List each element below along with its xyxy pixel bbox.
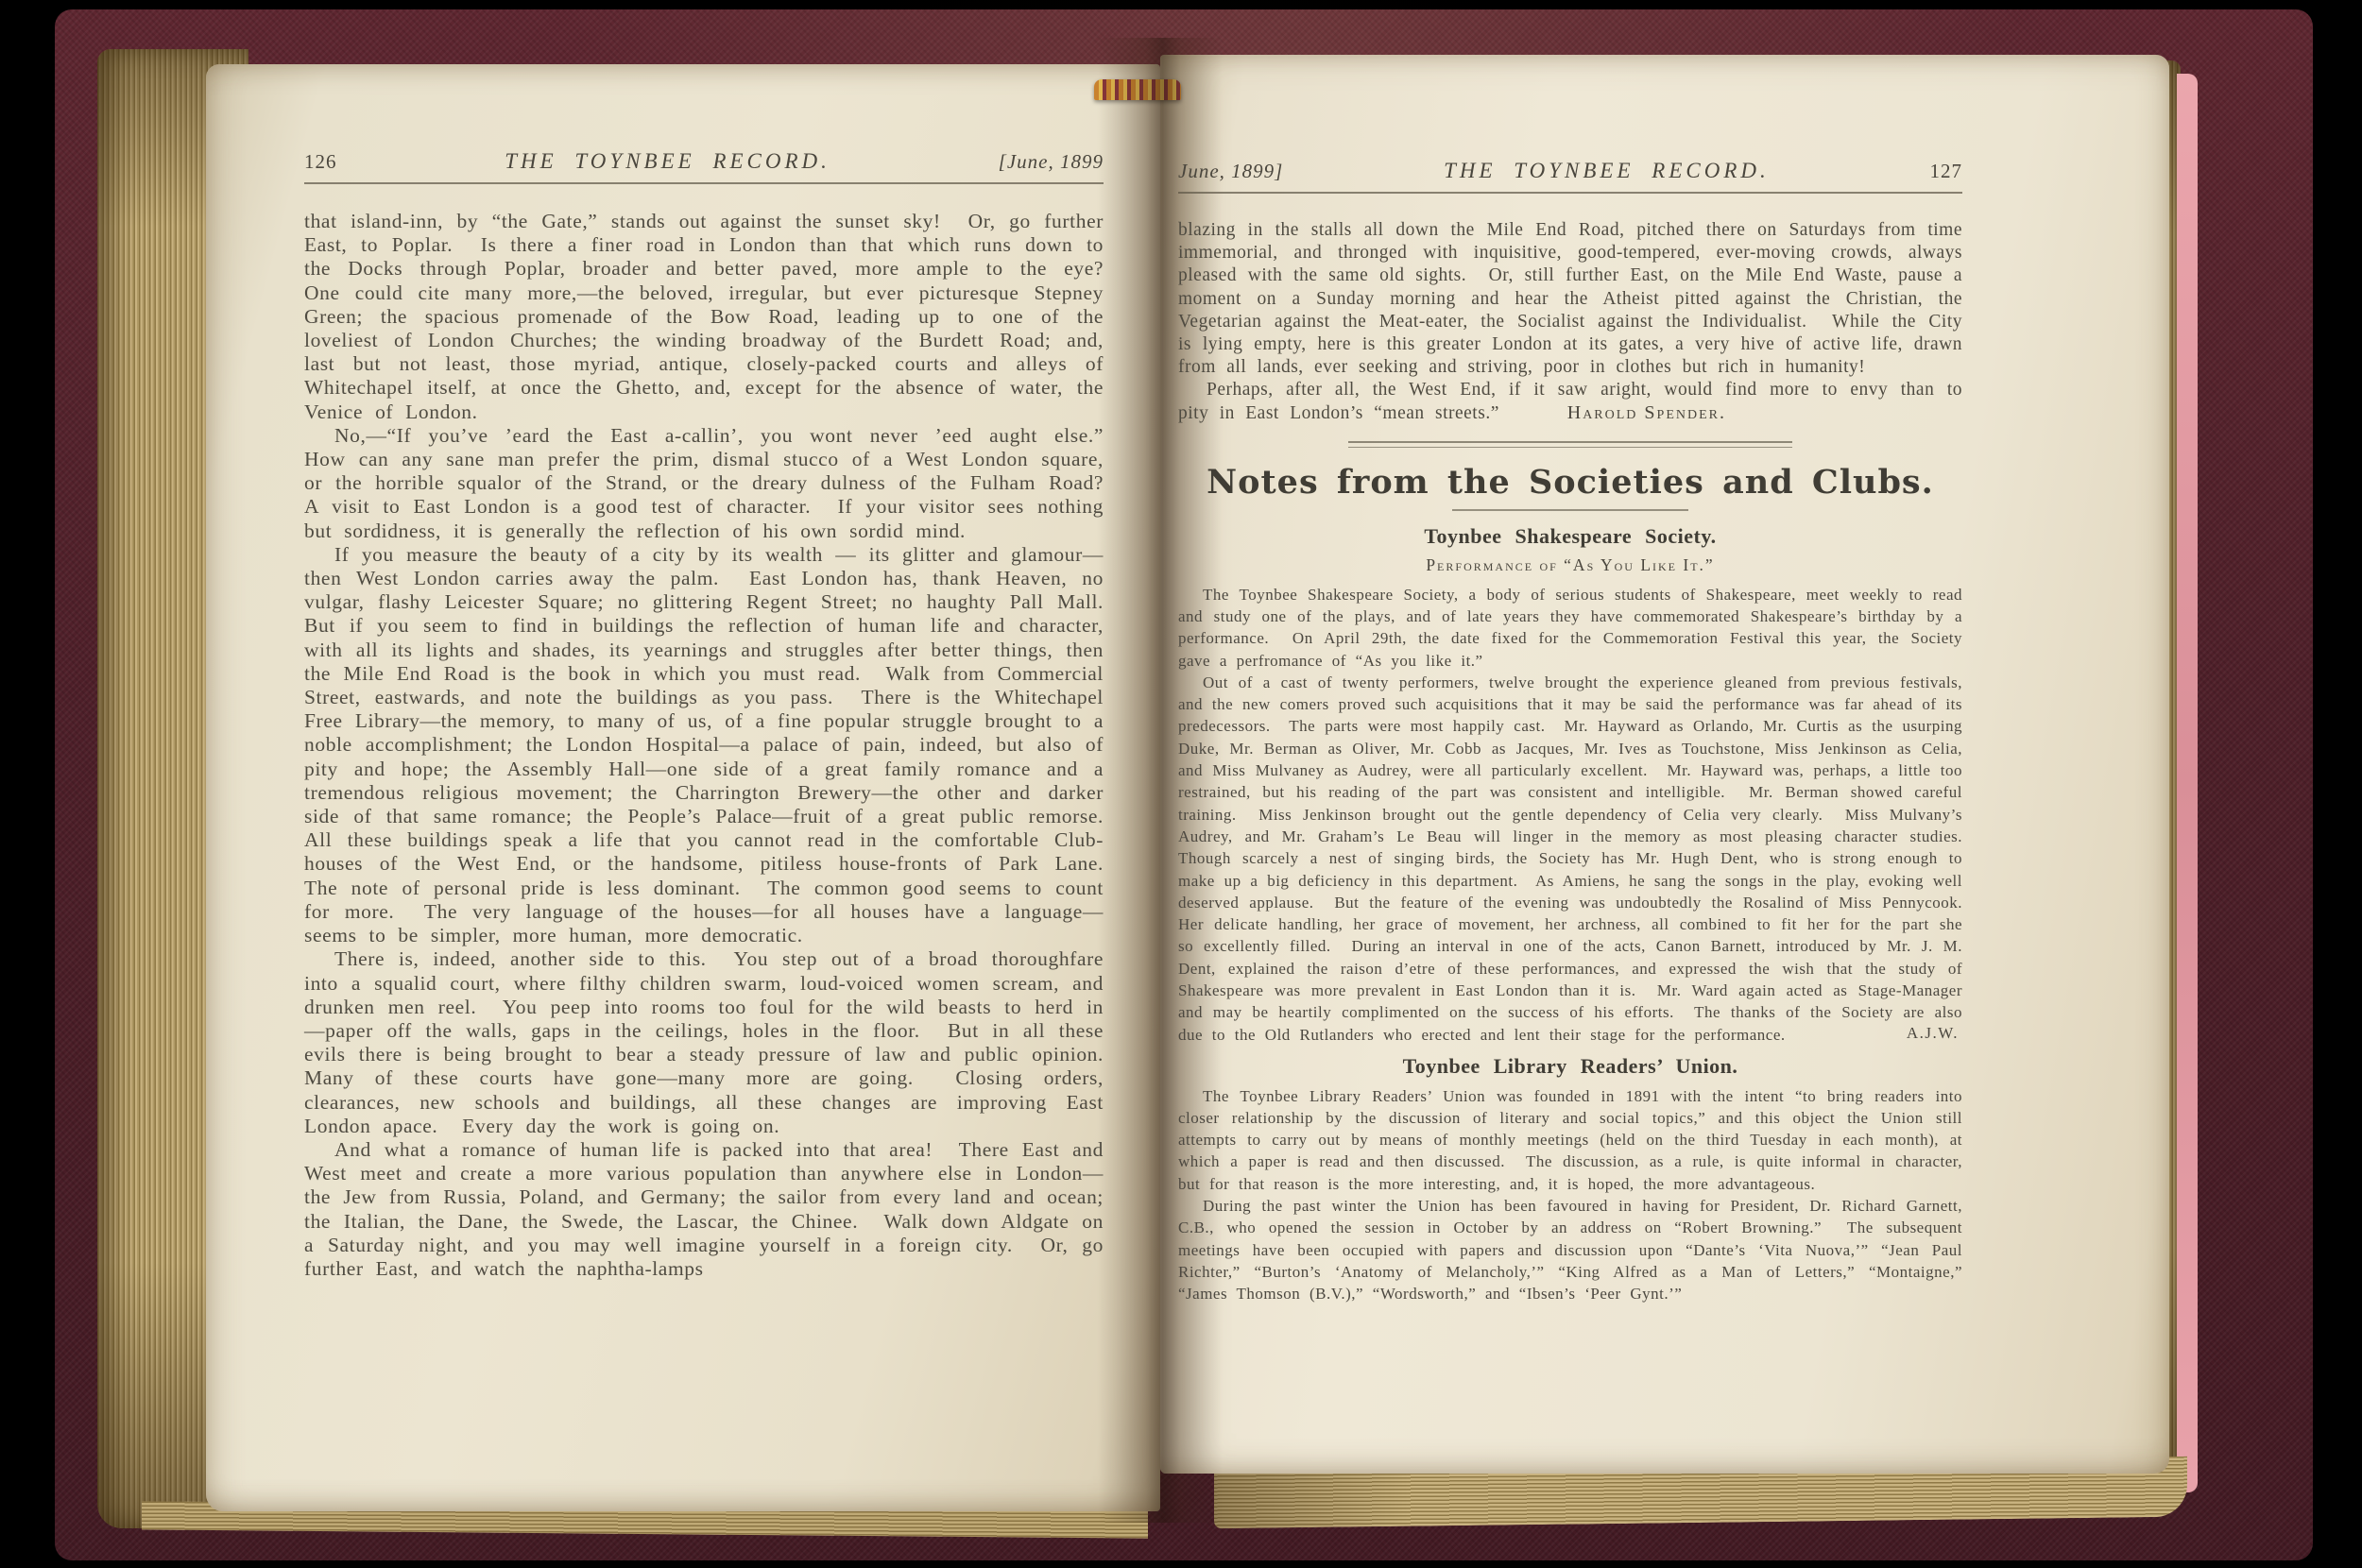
- article-paragraph: There is, indeed, another side to this. …: [304, 947, 1104, 1138]
- section-divider: [1348, 441, 1792, 448]
- right-page-content: June, 1899] THE TOYNBEE RECORD. 127 blaz…: [1178, 159, 1962, 1305]
- header-gap: [304, 184, 1104, 210]
- section-heading-rule: [1452, 509, 1688, 511]
- left-page-number: 126: [304, 150, 337, 174]
- article-paragraph: blazing in the stalls all down the Mile …: [1178, 219, 1962, 379]
- endpaper-pink-edge: [2177, 74, 2198, 1492]
- society-subtitle: Performance of “As You Like It.”: [1178, 555, 1962, 575]
- header-gap: [1178, 194, 1962, 219]
- left-page-content: 126 THE TOYNBEE RECORD. [June, 1899 that…: [304, 149, 1104, 1281]
- society-paragraph: Out of a cast of twenty performers, twel…: [1178, 672, 1962, 1046]
- photograph-of-open-book: 126 THE TOYNBEE RECORD. [June, 1899 that…: [0, 0, 2362, 1568]
- section-heading: Notes from the Societies and Clubs.: [1178, 463, 1962, 502]
- society-paragraph: The Toynbee Library Readers’ Union was f…: [1178, 1085, 1962, 1195]
- society-title-shakespeare: Toynbee Shakespeare Society.: [1178, 524, 1962, 549]
- right-header-date: June, 1899]: [1178, 160, 1283, 183]
- article-paragraph: And what a romance of human life is pack…: [304, 1138, 1104, 1281]
- right-page-header: June, 1899] THE TOYNBEE RECORD. 127: [1178, 159, 1962, 183]
- left-header-date: [June, 1899: [999, 150, 1104, 174]
- article-paragraph: that island-inn, by “the Gate,” stands o…: [304, 210, 1104, 424]
- article-paragraph: If you measure the beauty of a city by i…: [304, 543, 1104, 947]
- left-running-title: THE TOYNBEE RECORD.: [505, 149, 830, 174]
- left-page-header: 126 THE TOYNBEE RECORD. [June, 1899: [304, 149, 1104, 174]
- society-paragraph: During the past winter the Union has bee…: [1178, 1195, 1962, 1304]
- society-paragraph: The Toynbee Shakespeare Society, a body …: [1178, 584, 1962, 672]
- article-paragraph: No,—“If you’ve ’eard the East a-callin’,…: [304, 424, 1104, 543]
- right-page-number: 127: [1929, 160, 1962, 183]
- society-title-library: Toynbee Library Readers’ Union.: [1178, 1054, 1962, 1079]
- right-running-title: THE TOYNBEE RECORD.: [1444, 159, 1770, 183]
